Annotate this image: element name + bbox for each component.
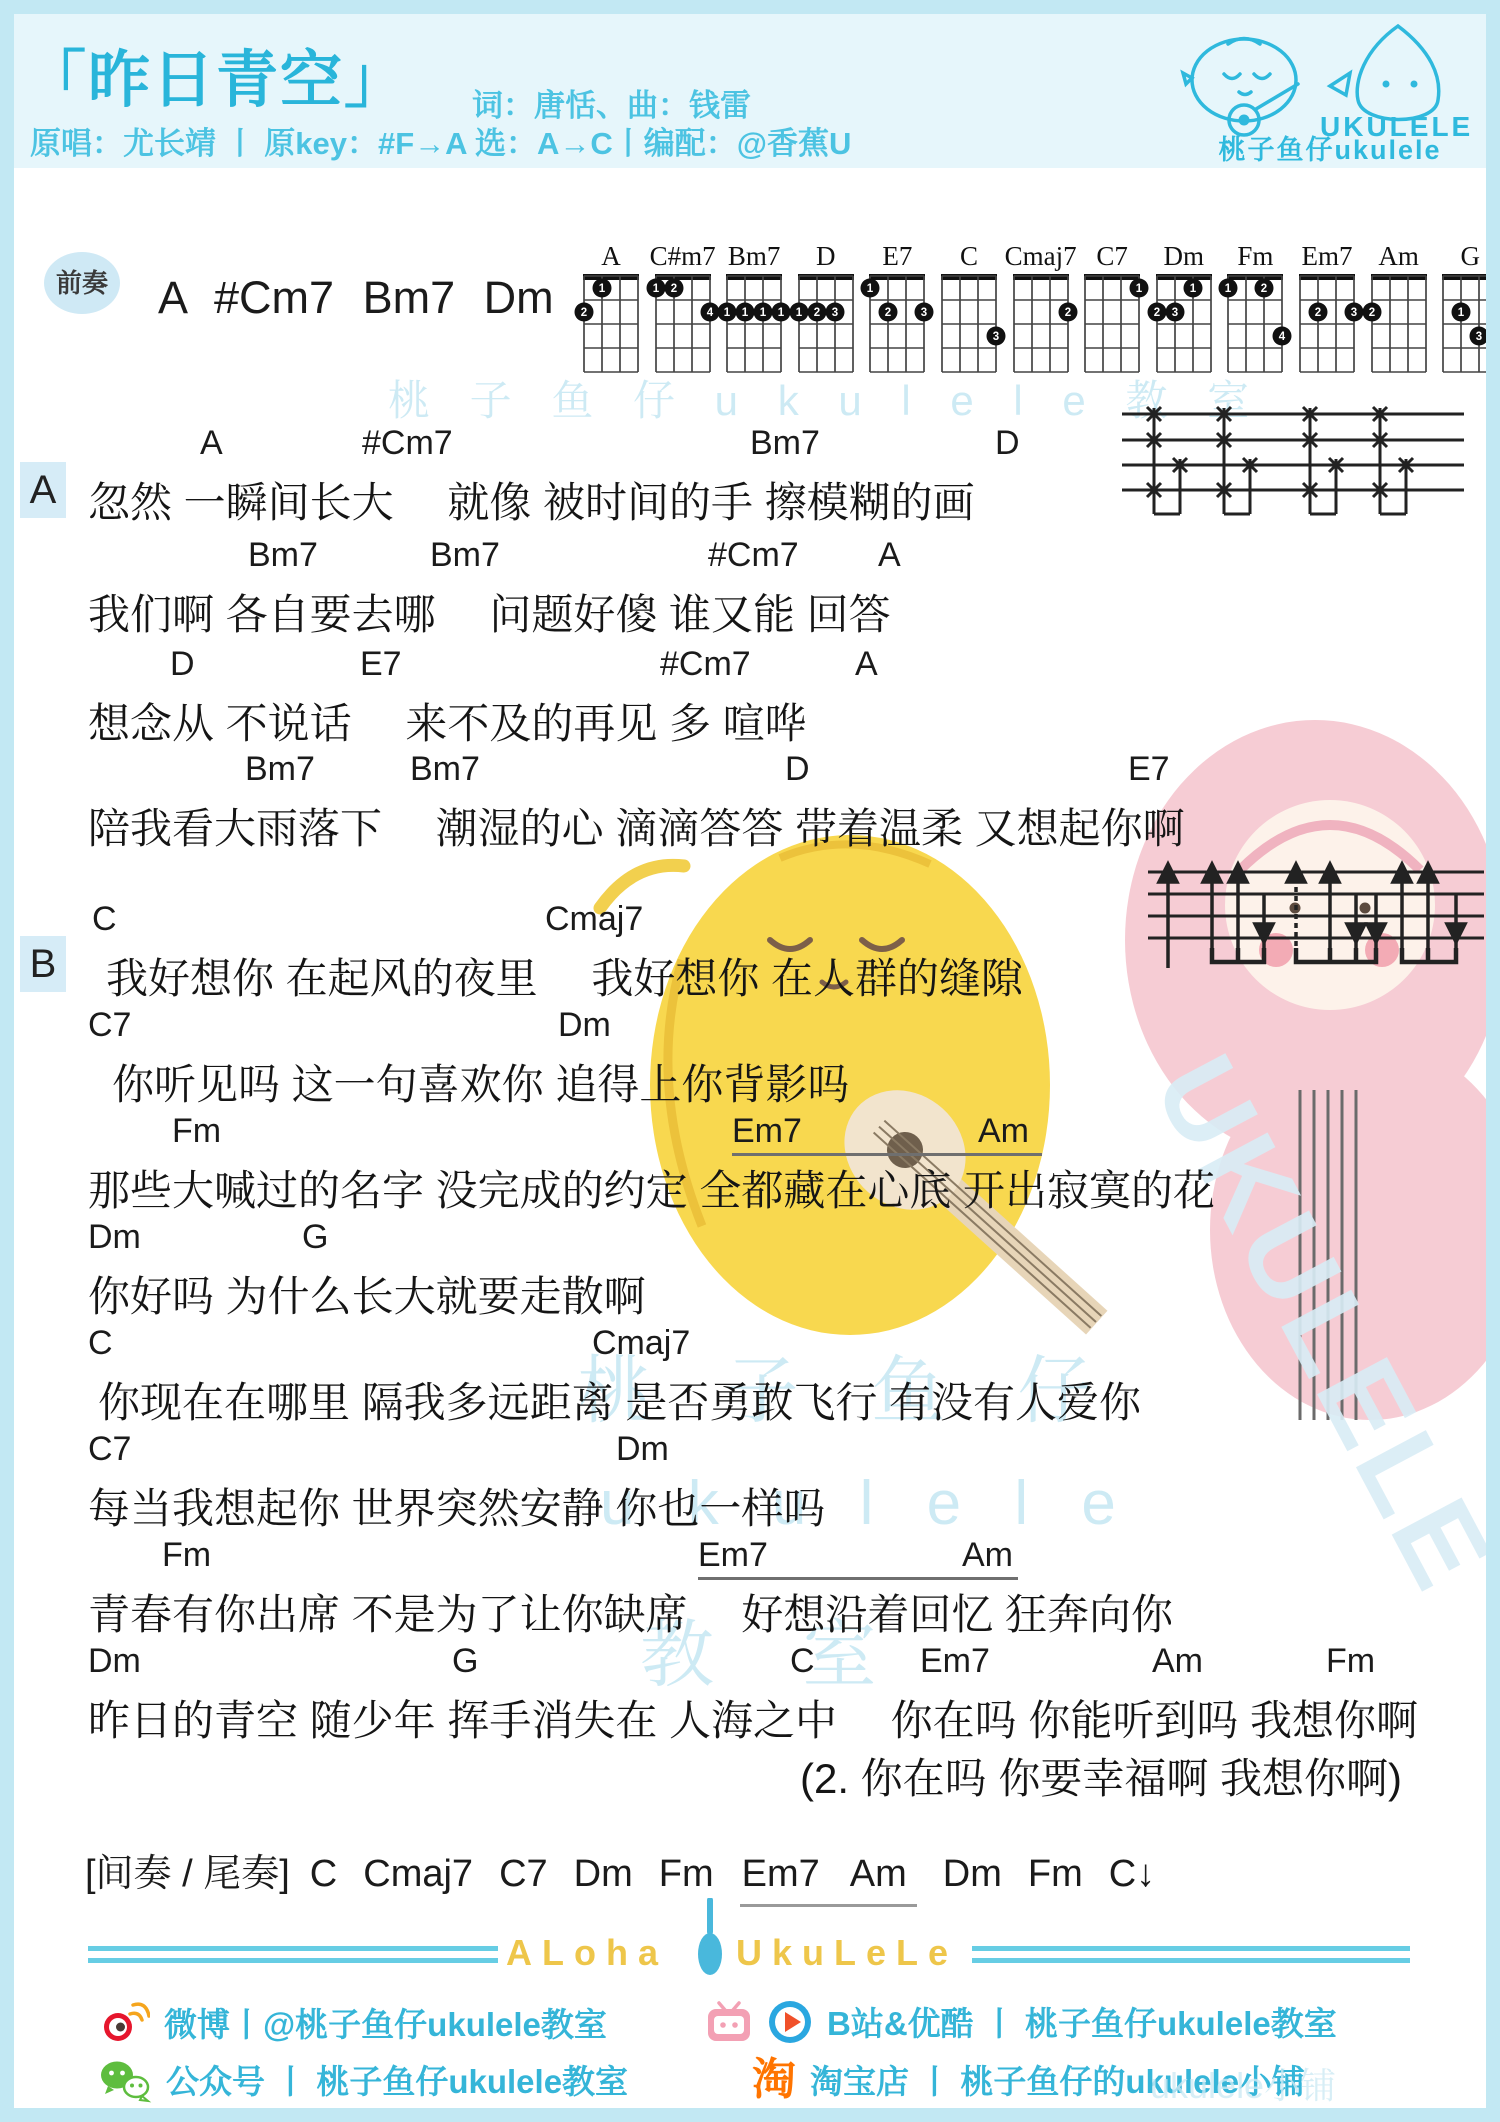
lyric-line: 昨日的青空 随少年 挥手消失在 人海之中 你在吗 你能听到吗 我想你啊 [88, 1688, 1418, 1748]
svg-text:2: 2 [1315, 307, 1321, 319]
svg-text:2: 2 [581, 307, 587, 319]
logo-caption: 桃子鱼仔ukulele [1180, 128, 1480, 167]
chord-symbol: C [92, 900, 117, 939]
intro-label-bubble: 前奏 [44, 252, 120, 314]
chord-diagram-label: G [1426, 240, 1500, 272]
chord-grid: 123 [1426, 272, 1500, 378]
svg-text:1: 1 [599, 283, 606, 295]
chord-symbol: Em7 [920, 1642, 990, 1681]
chord-symbol: Am [978, 1112, 1029, 1151]
wechat-icon [98, 2057, 152, 2103]
divider-line [972, 1958, 1410, 1963]
chord-symbol: D [170, 645, 195, 684]
chord-symbol: Fm [1326, 1642, 1375, 1681]
svg-text:3: 3 [832, 307, 838, 319]
lyric-line: 你现在在哪里 隔我多远距离 是否勇敢飞行 有没有人爱你 [98, 1370, 1141, 1430]
chord-symbol: Dm [616, 1430, 669, 1469]
chord-symbol: Am [962, 1536, 1013, 1575]
interlude-underlined-group: Em7Am [740, 1853, 917, 1907]
lyric-line: 想念从 不说话 来不及的再见 多 喧哗 [88, 691, 807, 751]
svg-text:1: 1 [1225, 283, 1232, 295]
divider-line [88, 1958, 498, 1963]
svg-text:1: 1 [724, 307, 731, 319]
lyric-line: 你好吗 为什么长大就要走散啊 [88, 1264, 646, 1324]
chord-symbol: D [995, 424, 1020, 463]
youku-play-icon [767, 1999, 813, 2045]
svg-text:2: 2 [1368, 307, 1374, 319]
strum-pattern-2 [1146, 860, 1486, 975]
strum-pattern-1 [1118, 400, 1468, 530]
chord-symbol: Dm [558, 1006, 611, 1045]
chord-symbol: Dm [88, 1642, 141, 1681]
chord-symbol: E7 [1128, 750, 1170, 789]
interlude-chord: Dm [574, 1853, 633, 1896]
lyric-line: 你听见吗 这一句喜欢你 追得上你背影吗 [112, 1052, 849, 1112]
interlude-chord: C [310, 1853, 337, 1896]
svg-text:1: 1 [867, 283, 874, 295]
chord-symbol: A [855, 645, 878, 684]
lyric-line: 我好想你 在起风的夜里 我好想你 在人群的缝隙 [106, 946, 1023, 1006]
lyric-line: 忽然 一瞬间长大 就像 被时间的手 擦模糊的画 [88, 470, 975, 530]
interlude-label: [间奏 / 尾奏] [85, 1853, 290, 1895]
divider-word-aloha: ALoha [506, 1932, 668, 1974]
interlude-chord: Dm [943, 1853, 1002, 1896]
weibo-icon [98, 1998, 150, 2046]
lyric-line: 每当我想起你 世界突然安静 你也一样吗 [88, 1476, 825, 1536]
interlude-chord: Am [850, 1853, 907, 1895]
chord-symbol: #Cm7 [362, 424, 453, 463]
footer-wechat: 公众号 丨 桃子鱼仔ukulele教室 [98, 2056, 628, 2103]
chord-symbol: #Cm7 [708, 536, 799, 575]
svg-text:1: 1 [652, 283, 659, 295]
interlude-chord: C7 [499, 1853, 548, 1896]
taobao-icon: 淘 [752, 2058, 796, 2102]
chord-symbol: A [878, 536, 901, 575]
interlude-chord: Fm [1028, 1853, 1083, 1896]
interlude-line: [间奏 / 尾奏]CCmaj7C7DmFmEm7AmDmFmC↓ [85, 1842, 1155, 1907]
ukulele-icon [692, 1898, 728, 1978]
watermark-footer-ghost: ukulele小铺 [1150, 2058, 1336, 2109]
chord-symbol: Am [1152, 1642, 1203, 1681]
chord-symbol: Bm7 [410, 750, 480, 789]
chord-diagram-G: G123 [1426, 240, 1500, 383]
chord-underline [732, 1153, 1042, 1156]
svg-text:3: 3 [1476, 331, 1482, 343]
chord-symbol: G [452, 1642, 478, 1681]
divider-line [88, 1946, 498, 1951]
svg-text:3: 3 [1172, 307, 1178, 319]
interlude-chords: CCmaj7C7DmFmEm7AmDmFmC↓ [310, 1853, 1155, 1895]
interlude-chord: C [1109, 1853, 1136, 1895]
chord-sheet-page: 「昨日青空」 词：唐恬、曲：钱雷 原唱：尤长靖 丨 原key：#F→A 选：A→… [0, 0, 1500, 2122]
chord-symbol: Bm7 [248, 536, 318, 575]
svg-text:2: 2 [1261, 283, 1267, 295]
chord-symbol: Bm7 [750, 424, 820, 463]
section-marker-A: A [20, 462, 66, 518]
svg-text:1: 1 [742, 307, 749, 319]
lyric-line: 那些大喊过的名字 没完成的约定 全都藏在心底 开出寂寞的花 [88, 1158, 1215, 1218]
chord-symbol: Fm [162, 1536, 211, 1575]
svg-text:2: 2 [885, 307, 891, 319]
chord-symbol: #Cm7 [660, 645, 751, 684]
svg-text:2: 2 [1154, 307, 1160, 319]
song-title: 「昨日青空」 [24, 30, 408, 119]
svg-text:2: 2 [1494, 307, 1500, 319]
svg-text:1: 1 [760, 307, 767, 319]
divider-word-ukulele: UkuLeLe [736, 1932, 958, 1974]
divider-line [972, 1946, 1410, 1951]
lyric-line: 陪我看大雨落下 潮湿的心 滴滴答答 带着温柔 又想起你啊 [88, 796, 1185, 856]
chord-symbol: D [785, 750, 810, 789]
chord-symbol: Fm [172, 1112, 221, 1151]
chord-symbol: E7 [360, 645, 402, 684]
chord-symbol: Cmaj7 [592, 1324, 690, 1363]
svg-text:2: 2 [814, 307, 820, 319]
chord-symbol: Cmaj7 [545, 900, 643, 939]
chord-symbol: Dm [88, 1218, 141, 1257]
chord-symbol: A [200, 424, 223, 463]
lyric-line-alt: (2. 你在吗 你要幸福啊 我想你啊) [800, 1746, 1402, 1806]
chord-symbol: G [302, 1218, 328, 1257]
chord-symbol: Bm7 [430, 536, 500, 575]
svg-text:1: 1 [1458, 307, 1465, 319]
interlude-chord: Cmaj7 [363, 1853, 473, 1896]
footer-weibo-text: 微博丨@桃子鱼仔ukulele教室 [164, 1999, 607, 2046]
lyric-line: 青春有你出席 不是为了让你缺席 好想沿着回忆 狂奔向你 [88, 1582, 1173, 1642]
bilibili-icon [705, 2000, 753, 2044]
chord-symbol: C7 [88, 1430, 131, 1469]
chord-symbol: C7 [88, 1006, 131, 1045]
chord-symbol: Em7 [698, 1536, 768, 1575]
footer-bilibili-text: B站&优酷 丨 桃子鱼仔ukulele教室 [827, 1998, 1337, 2045]
chord-symbol: Em7 [732, 1112, 802, 1151]
song-info: 原唱：尤长靖 丨 原key：#F→A 选：A→C丨编配：@香蕉U [30, 118, 851, 163]
chord-symbol: C [790, 1642, 815, 1681]
lyric-line: 我们啊 各自要去哪 问题好傻 谁又能 回答 [88, 582, 891, 642]
chord-underline [698, 1577, 1018, 1580]
footer-bilibili-youku: B站&优酷 丨 桃子鱼仔ukulele教室 [705, 1998, 1337, 2045]
interlude-chord: Em7 [742, 1853, 820, 1895]
svg-text:2: 2 [670, 283, 676, 295]
footer-wechat-text: 公众号 丨 桃子鱼仔ukulele教室 [166, 2056, 628, 2103]
footer-weibo: 微博丨@桃子鱼仔ukulele教室 [98, 1998, 607, 2046]
svg-text:1: 1 [796, 307, 803, 319]
svg-text:1: 1 [1190, 283, 1197, 295]
chord-symbol: Bm7 [245, 750, 315, 789]
down-arrow-icon: ↓ [1136, 1853, 1155, 1895]
intro-chords: A #Cm7 Bm7 Dm [158, 272, 554, 324]
interlude-chord: Fm [659, 1853, 714, 1896]
chord-symbol: C [88, 1324, 113, 1363]
section-marker-B: B [20, 936, 66, 992]
